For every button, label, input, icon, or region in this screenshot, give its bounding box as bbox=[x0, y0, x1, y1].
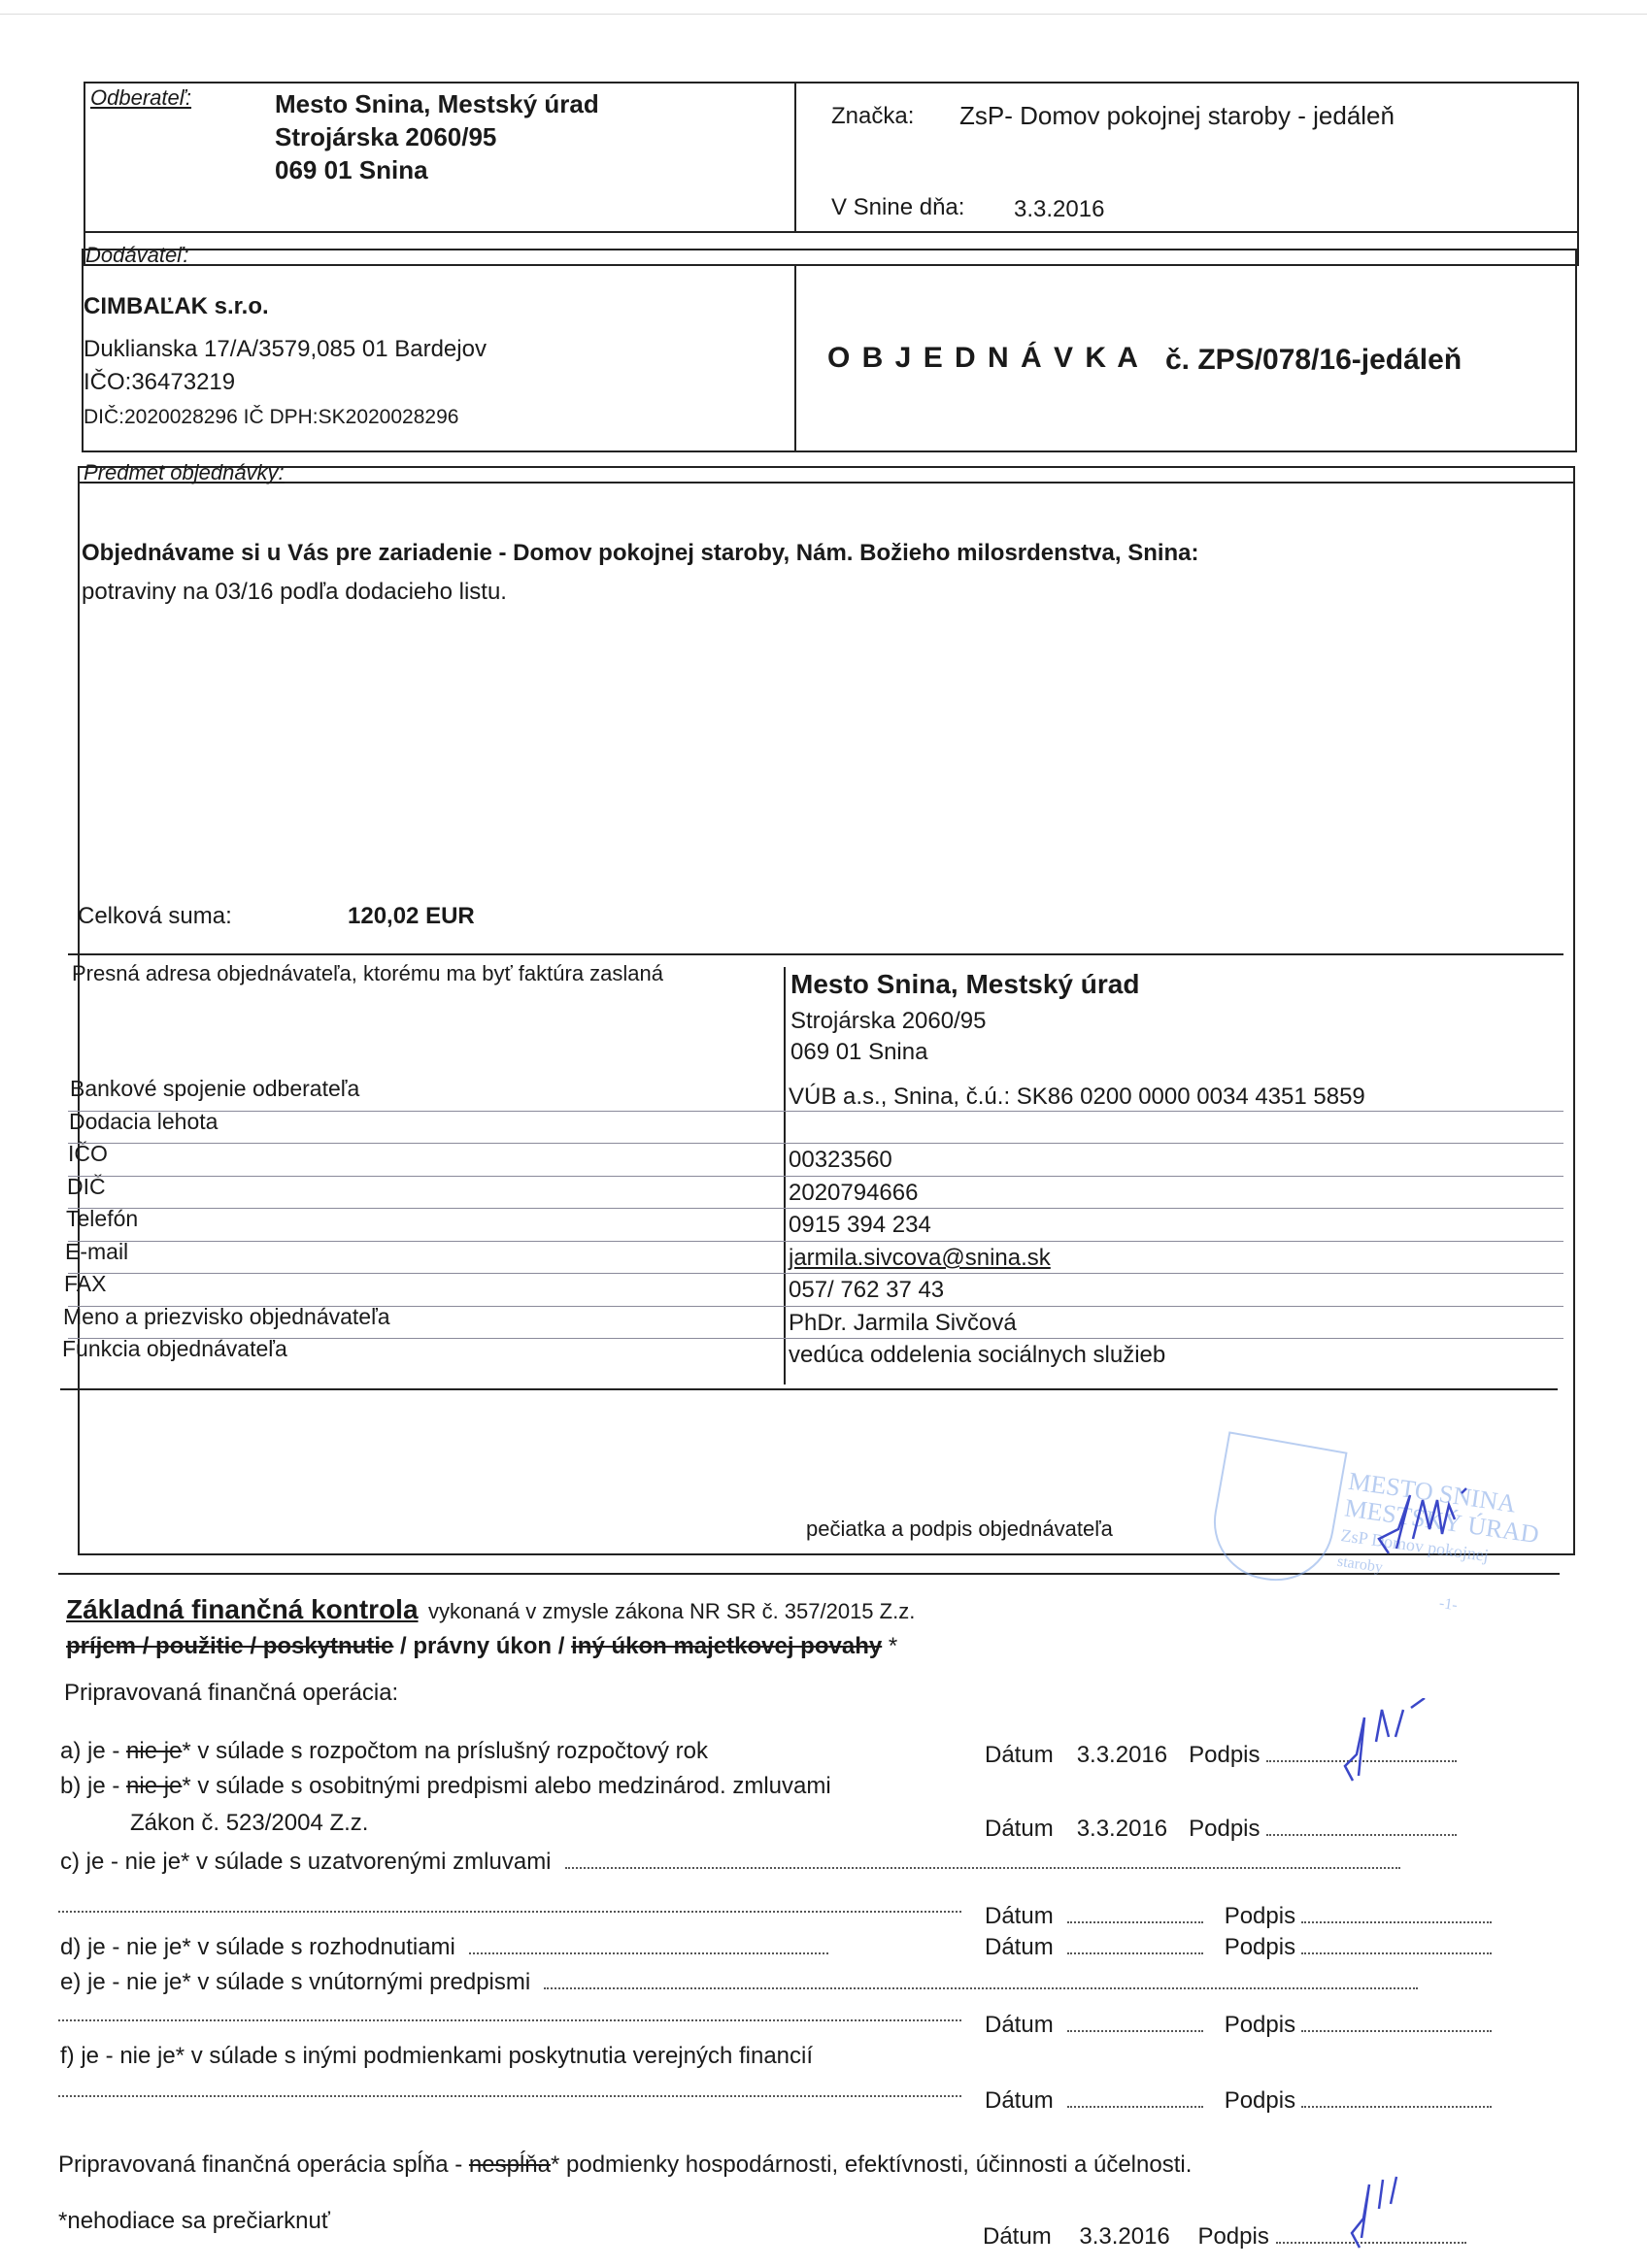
control-heading: Základná finančná kontrola vykonaná v zm… bbox=[66, 1594, 915, 1625]
detail-row-rule bbox=[68, 1208, 1563, 1209]
type-separator: / bbox=[552, 1633, 571, 1659]
signature-fill-line[interactable] bbox=[1266, 1834, 1457, 1836]
header-divider bbox=[794, 82, 796, 233]
coat-of-arms-stamp-icon bbox=[1204, 1431, 1347, 1589]
control-item-text: * v súlade s vnútornými predpismi bbox=[182, 1969, 530, 1995]
control-item: d) je - nie je* v súlade s rozhodnutiami bbox=[60, 1934, 828, 1961]
detail-label: Bankové spojenie odberateľa bbox=[70, 1076, 359, 1102]
date-signature-row: DátumPodpis bbox=[985, 2012, 1492, 2039]
subject-line1: Objednávame si u Vás pre zariadenie - Do… bbox=[82, 540, 1199, 567]
control-item: c) je - nie je* v súlade s uzatvorenými … bbox=[60, 1849, 1400, 1876]
sign-label: Podpis bbox=[1189, 1816, 1260, 1842]
detail-value: 00323560 bbox=[789, 1147, 892, 1174]
type-star: * bbox=[882, 1633, 897, 1659]
detail-row-rule bbox=[68, 1111, 1563, 1112]
detail-value: 0915 394 234 bbox=[789, 1212, 931, 1239]
detail-row-rule bbox=[68, 1338, 1563, 1339]
fill-line[interactable] bbox=[469, 1952, 828, 1954]
place-date-label: V Snine dňa: bbox=[831, 194, 964, 221]
invoice-address-street: Strojárska 2060/95 bbox=[790, 1008, 986, 1035]
signature-fill-line[interactable] bbox=[1301, 1921, 1492, 1923]
signature-fill-line[interactable] bbox=[1301, 1952, 1492, 1954]
fill-line[interactable] bbox=[58, 2095, 961, 2097]
date-label: Dátum bbox=[985, 1816, 1054, 1842]
main-bottom-rule bbox=[58, 1573, 1560, 1575]
type-struck-2: iný úkon majetkovej povahy bbox=[571, 1633, 882, 1659]
control-item-subtext: Zákon č. 523/2004 Z.z. bbox=[130, 1810, 368, 1837]
summary-struck: nespĺňa bbox=[469, 2151, 551, 2178]
control-item-text: * v súlade s rozhodnutiami bbox=[182, 1934, 454, 1960]
date-signature-row: Dátum3.3.2016Podpis bbox=[985, 1816, 1457, 1843]
stamp-signature-label: pečiatka a podpis objednávateľa bbox=[806, 1517, 1113, 1542]
footnote: *nehodiace sa prečiarknuť bbox=[58, 2208, 330, 2235]
control-item-text: * v súlade s uzatvorenými zmluvami bbox=[181, 1849, 551, 1875]
final-date-value: 3.3.2016 bbox=[1079, 2223, 1169, 2250]
mark-label: Značka: bbox=[831, 103, 914, 130]
date-label: Dátum bbox=[985, 1934, 1054, 1960]
type-struck-1: príjem / použitie / poskytnutie bbox=[66, 1633, 393, 1659]
fill-line[interactable] bbox=[58, 2019, 961, 2021]
operation-label: Pripravovaná finančná operácia: bbox=[64, 1680, 398, 1707]
final-sign-label: Podpis bbox=[1197, 2223, 1268, 2250]
buyer-street: Strojárska 2060/95 bbox=[275, 120, 599, 153]
control-item-prefix: e) je - nie je bbox=[60, 1969, 182, 1995]
detail-label: Dodacia lehota bbox=[69, 1109, 218, 1135]
detail-label: Funkcia objednávateľa bbox=[62, 1336, 287, 1362]
summary-suffix: * podmienky hospodárnosti, efektívnosti,… bbox=[551, 2151, 1192, 2178]
date-fill-line[interactable] bbox=[1067, 1921, 1203, 1923]
detail-row-rule bbox=[68, 1241, 1563, 1242]
type-separator: / bbox=[393, 1633, 413, 1659]
subject-label: Predmet objednávky: bbox=[84, 460, 285, 485]
detail-label: DIČ bbox=[67, 1174, 106, 1200]
control-item-struck: nie je bbox=[126, 1738, 182, 1764]
control-item-struck: nie je bbox=[126, 1773, 182, 1799]
detail-value: PhDr. Jarmila Sivčová bbox=[789, 1310, 1017, 1337]
invoice-address-city: 069 01 Snina bbox=[790, 1039, 927, 1066]
supplier-address: Duklianska 17/A/3579,085 01 Bardejov bbox=[84, 336, 487, 363]
detail-value: vedúca oddelenia sociálnych služieb bbox=[789, 1342, 1165, 1369]
date-label: Dátum bbox=[985, 2012, 1054, 2038]
detail-label: Meno a priezvisko objednávateľa bbox=[63, 1304, 390, 1330]
supplier-name: CIMBAĽAK s.r.o. bbox=[84, 293, 269, 320]
detail-row-rule bbox=[68, 1176, 1563, 1177]
fill-line[interactable] bbox=[565, 1867, 1400, 1869]
scan-edge bbox=[0, 14, 1647, 15]
control-item-prefix: a) je - bbox=[60, 1738, 126, 1764]
summary-line: Pripravovaná finančná operácia spĺňa - n… bbox=[58, 2151, 1192, 2179]
detail-row-rule bbox=[68, 1273, 1563, 1274]
control-title-suffix: vykonaná v zmysle zákona NR SR č. 357/20… bbox=[428, 1599, 915, 1623]
control-item-prefix: c) je - nie je bbox=[60, 1849, 181, 1875]
order-number: č. ZPS/078/16-jedáleň bbox=[1165, 344, 1462, 377]
control-item: a) je - nie je* v súlade s rozpočtom na … bbox=[60, 1738, 708, 1765]
buyer-name: Mesto Snina, Mestský úrad bbox=[275, 87, 599, 120]
fill-line[interactable] bbox=[58, 1911, 961, 1913]
date-signature-row: DátumPodpis bbox=[985, 2087, 1492, 2115]
buyer-city: 069 01 Snina bbox=[275, 153, 599, 186]
detail-label: Telefón bbox=[66, 1206, 138, 1232]
date-label: Dátum bbox=[985, 2087, 1054, 2114]
handwritten-signature-icon bbox=[1340, 2165, 1418, 2252]
date-value: 3.3.2016 bbox=[1077, 1816, 1167, 1842]
date-fill-line[interactable] bbox=[1067, 2106, 1203, 2108]
total-value: 120,02 EUR bbox=[348, 903, 475, 930]
buyer-label: Odberateľ: bbox=[90, 85, 191, 111]
control-item-text: * v súlade s inými podmienkami poskytnut… bbox=[176, 2043, 813, 2069]
control-item-text: * v súlade s rozpočtom na príslušný rozp… bbox=[182, 1738, 708, 1764]
detail-value: 2020794666 bbox=[789, 1180, 918, 1207]
detail-row-rule bbox=[68, 1306, 1563, 1307]
detail-label: E-mail bbox=[65, 1239, 128, 1265]
control-item: f) je - nie je* v súlade s inými podmien… bbox=[60, 2043, 813, 2070]
control-item: b) je - nie je* v súlade s osobitnými pr… bbox=[60, 1773, 831, 1800]
signature-fill-line[interactable] bbox=[1301, 2030, 1492, 2032]
place-date-value: 3.3.2016 bbox=[1014, 196, 1104, 223]
final-date-label: Dátum bbox=[983, 2223, 1052, 2250]
signature-fill-line[interactable] bbox=[1301, 2106, 1492, 2108]
control-type-line: príjem / použitie / poskytnutie / právny… bbox=[66, 1633, 897, 1660]
subject-top-rule bbox=[78, 466, 1575, 468]
date-fill-line[interactable] bbox=[1067, 2030, 1203, 2032]
type-kept: právny úkon bbox=[413, 1633, 552, 1659]
summary-prefix: Pripravovaná finančná operácia spĺňa - bbox=[58, 2151, 469, 2178]
sign-label: Podpis bbox=[1189, 1742, 1260, 1768]
control-title: Základná finančná kontrola bbox=[66, 1594, 419, 1624]
buyer-block: Mesto Snina, Mestský úrad Strojárska 206… bbox=[275, 87, 599, 186]
date-label: Dátum bbox=[985, 1903, 1054, 1929]
sign-label: Podpis bbox=[1225, 1903, 1295, 1929]
supplier-ico: IČO:36473219 bbox=[84, 369, 235, 396]
control-item: e) je - nie je* v súlade s vnútornými pr… bbox=[60, 1969, 1418, 1996]
detail-value: 057/ 762 37 43 bbox=[789, 1277, 944, 1304]
total-label: Celková suma: bbox=[78, 903, 232, 930]
header-rule bbox=[84, 231, 1579, 233]
sign-label: Podpis bbox=[1225, 1934, 1295, 1960]
control-item-prefix: b) je - bbox=[60, 1773, 126, 1799]
supplier-dic: DIČ:2020028296 IČ DPH:SK2020028296 bbox=[84, 406, 458, 429]
control-item-prefix: d) je - nie je bbox=[60, 1934, 182, 1960]
order-title: O B J E D N Á V K A bbox=[827, 342, 1140, 375]
detail-label: FAX bbox=[64, 1271, 106, 1297]
supplier-label: Dodávateľ: bbox=[85, 243, 188, 268]
detail-value: VÚB a.s., Snina, č.ú.: SK86 0200 0000 00… bbox=[789, 1084, 1365, 1111]
detail-value[interactable]: jarmila.sivcova@snina.sk bbox=[789, 1245, 1051, 1272]
detail-bottom-rule bbox=[60, 1388, 1558, 1390]
date-fill-line[interactable] bbox=[1067, 1952, 1203, 1954]
subject-rule bbox=[78, 482, 1575, 484]
invoice-address-label: Presná adresa objednávateľa, ktorému ma … bbox=[72, 961, 663, 986]
subject-line2: potraviny na 03/16 podľa dodacieho listu… bbox=[82, 579, 507, 606]
fill-line[interactable] bbox=[544, 1987, 1418, 1989]
control-item-prefix: f) je - nie je bbox=[60, 2043, 176, 2069]
supplier-rule bbox=[82, 264, 1577, 266]
sign-label: Podpis bbox=[1225, 2012, 1295, 2038]
date-signature-row: DátumPodpis bbox=[985, 1903, 1492, 1930]
supplier-divider bbox=[794, 264, 796, 450]
handwritten-signature-icon bbox=[1369, 1485, 1486, 1563]
mark-value: ZsP- Domov pokojnej staroby - jedáleň bbox=[959, 101, 1395, 131]
detail-label: IČO bbox=[68, 1141, 108, 1167]
date-signature-row: DátumPodpis bbox=[985, 1934, 1492, 1961]
control-item-text: * v súlade s osobitnými predpismi alebo … bbox=[182, 1773, 830, 1799]
invoice-rule bbox=[68, 953, 1563, 955]
detail-row-rule bbox=[68, 1143, 1563, 1144]
handwritten-signature-icon bbox=[1335, 1698, 1432, 1785]
date-value: 3.3.2016 bbox=[1077, 1742, 1167, 1768]
date-label: Dátum bbox=[985, 1742, 1054, 1768]
invoice-address-name: Mesto Snina, Mestský úrad bbox=[790, 969, 1139, 1000]
sign-label: Podpis bbox=[1225, 2087, 1295, 2114]
